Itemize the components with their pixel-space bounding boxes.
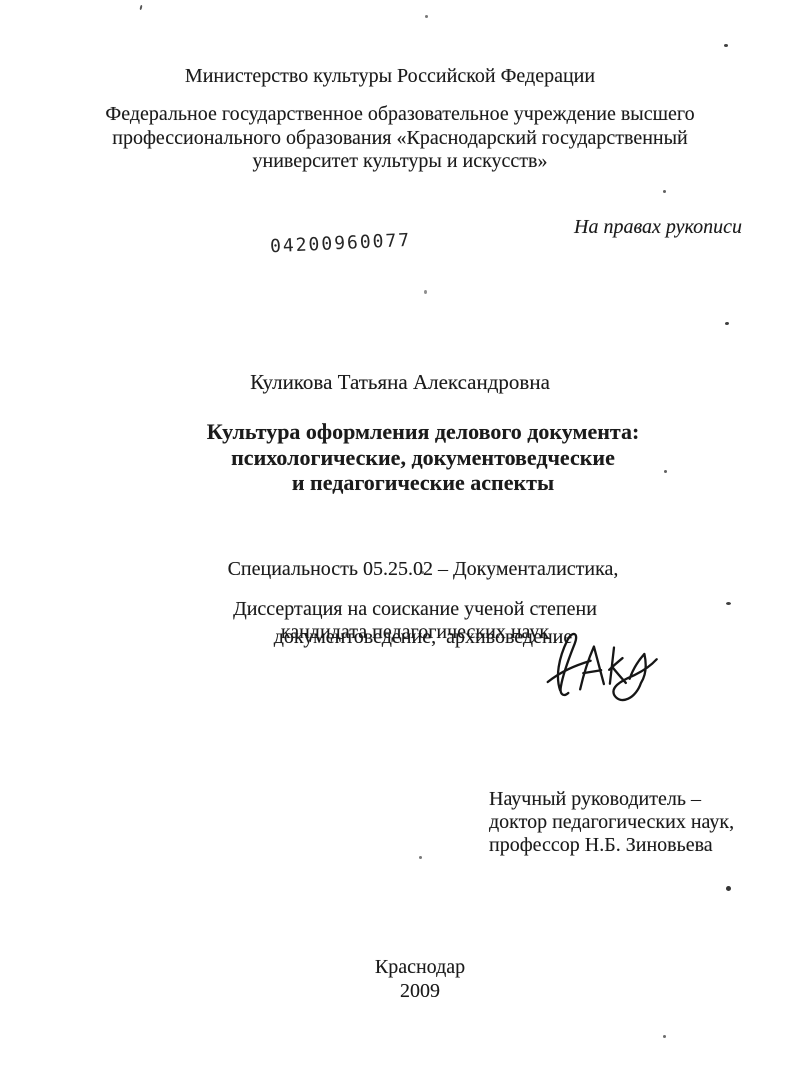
imprint-city: Краснодар xyxy=(40,955,795,979)
scan-speck xyxy=(139,5,142,10)
scan-speck xyxy=(724,44,728,47)
scan-speck xyxy=(424,290,427,294)
title-line-2: психологические, документоведческие xyxy=(51,445,795,471)
ministry-line: Министерство культуры Российской Федерац… xyxy=(0,64,780,88)
imprint-year: 2009 xyxy=(40,979,795,1003)
imprint-block: Краснодар 2009 xyxy=(40,955,795,1003)
scan-speck xyxy=(419,856,422,859)
institution-line-2: профессионального образования «Краснодар… xyxy=(28,127,772,151)
title-line-3: и педагогические аспекты xyxy=(51,470,795,496)
dissertation-title-page: Министерство культуры Российской Федерац… xyxy=(0,0,795,1080)
author-name: Куликова Татьяна Александровна xyxy=(30,370,770,394)
specialty-line-1: Специальность 05.25.02 – Документалистик… xyxy=(43,558,795,581)
supervisor-block: Научный руководитель – доктор педагогиче… xyxy=(489,788,734,857)
institution-line-3: университет культуры и искусств» xyxy=(28,150,772,174)
scan-speck xyxy=(726,602,731,605)
degree-line-2: кандидата педагогических наук xyxy=(35,621,795,644)
degree-line-1: Диссертация на соискание ученой степени xyxy=(35,598,795,621)
degree-statement: Диссертация на соискание ученой степени … xyxy=(35,598,795,643)
supervisor-line-1: Научный руководитель – xyxy=(489,788,734,811)
institution-block: Федеральное государственное образователь… xyxy=(28,103,772,174)
scan-speck xyxy=(663,1035,666,1038)
scan-speck xyxy=(421,571,424,574)
title-line-1: Культура оформления делового документа: xyxy=(51,419,795,445)
manuscript-rights-note: На правах рукописи xyxy=(574,216,742,239)
scan-speck xyxy=(664,470,667,473)
scan-speck xyxy=(725,322,729,326)
scan-speck xyxy=(425,15,428,18)
dissertation-title: Культура оформления делового документа: … xyxy=(51,419,795,496)
supervisor-line-3: профессор Н.Б. Зиновьева xyxy=(489,834,734,857)
scan-speck xyxy=(663,190,666,193)
scan-speck xyxy=(726,886,731,891)
supervisor-line-2: доктор педагогических наук, xyxy=(489,811,734,834)
institution-line-1: Федеральное государственное образователь… xyxy=(28,103,772,127)
handwritten-signature-icon xyxy=(543,619,668,715)
registration-number-stamp: 04200960077 xyxy=(270,230,412,257)
